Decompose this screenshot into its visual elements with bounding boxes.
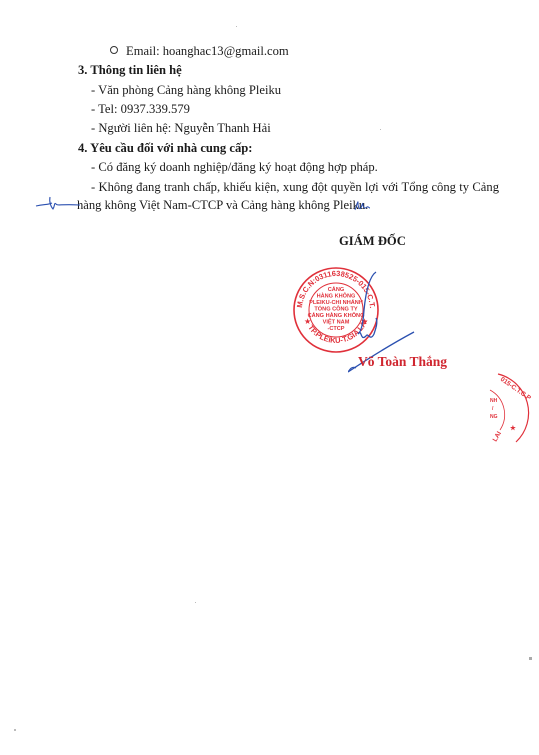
svg-text:/: /: [492, 406, 494, 412]
svg-text:NH: NH: [490, 398, 498, 404]
signature-title: GIÁM ĐỐC: [339, 234, 406, 249]
contact-tel: - Tel: 0937.339.579: [91, 103, 190, 116]
scan-speck: [14, 729, 16, 731]
svg-text:LAI: LAI: [492, 430, 503, 443]
circle-bullet-icon: [110, 46, 118, 54]
svg-text:VIỆT NAM: VIỆT NAM: [323, 318, 350, 326]
requirement-no-dispute-line2: hàng không Việt Nam-CTCP và Cảng hàng kh…: [77, 199, 368, 212]
svg-text:-CTCP: -CTCP: [327, 326, 344, 332]
svg-text:015-C.T.C.P: 015-C.T.C.P: [499, 376, 533, 402]
contact-person: - Người liên hệ: Nguyễn Thanh Hải: [91, 122, 271, 135]
scan-speck: [236, 26, 237, 27]
email-item: Email: hoanghac13@gmail.com: [110, 45, 289, 58]
initial-mark-icon: [353, 199, 371, 213]
svg-text:★: ★: [510, 424, 517, 432]
initial-mark-icon: [34, 194, 82, 212]
signer-name: Võ Toàn Thắng: [358, 354, 447, 370]
requirement-no-dispute-line1: - Không đang tranh chấp, khiếu kiện, xun…: [91, 181, 499, 194]
svg-text:CẢNG: CẢNG: [328, 286, 344, 293]
scan-speck: [195, 602, 196, 603]
contact-office: - Văn phòng Cảng hàng không Pleiku: [91, 84, 281, 97]
scan-speck: [380, 129, 381, 130]
section4-heading: 4. Yêu cầu đối với nhà cung cấp:: [78, 142, 252, 155]
section3-heading: 3. Thông tin liên hệ: [78, 64, 182, 77]
requirement-registration: - Có đăng ký doanh nghiệp/đăng ký hoạt đ…: [91, 161, 378, 174]
svg-text:NG: NG: [490, 414, 498, 420]
email-text: Email: hoanghac13@gmail.com: [126, 44, 289, 58]
scan-speck: [529, 657, 532, 660]
partial-seal-icon: 015-C.T.C.P ★ LAI NH / NG: [480, 368, 539, 448]
